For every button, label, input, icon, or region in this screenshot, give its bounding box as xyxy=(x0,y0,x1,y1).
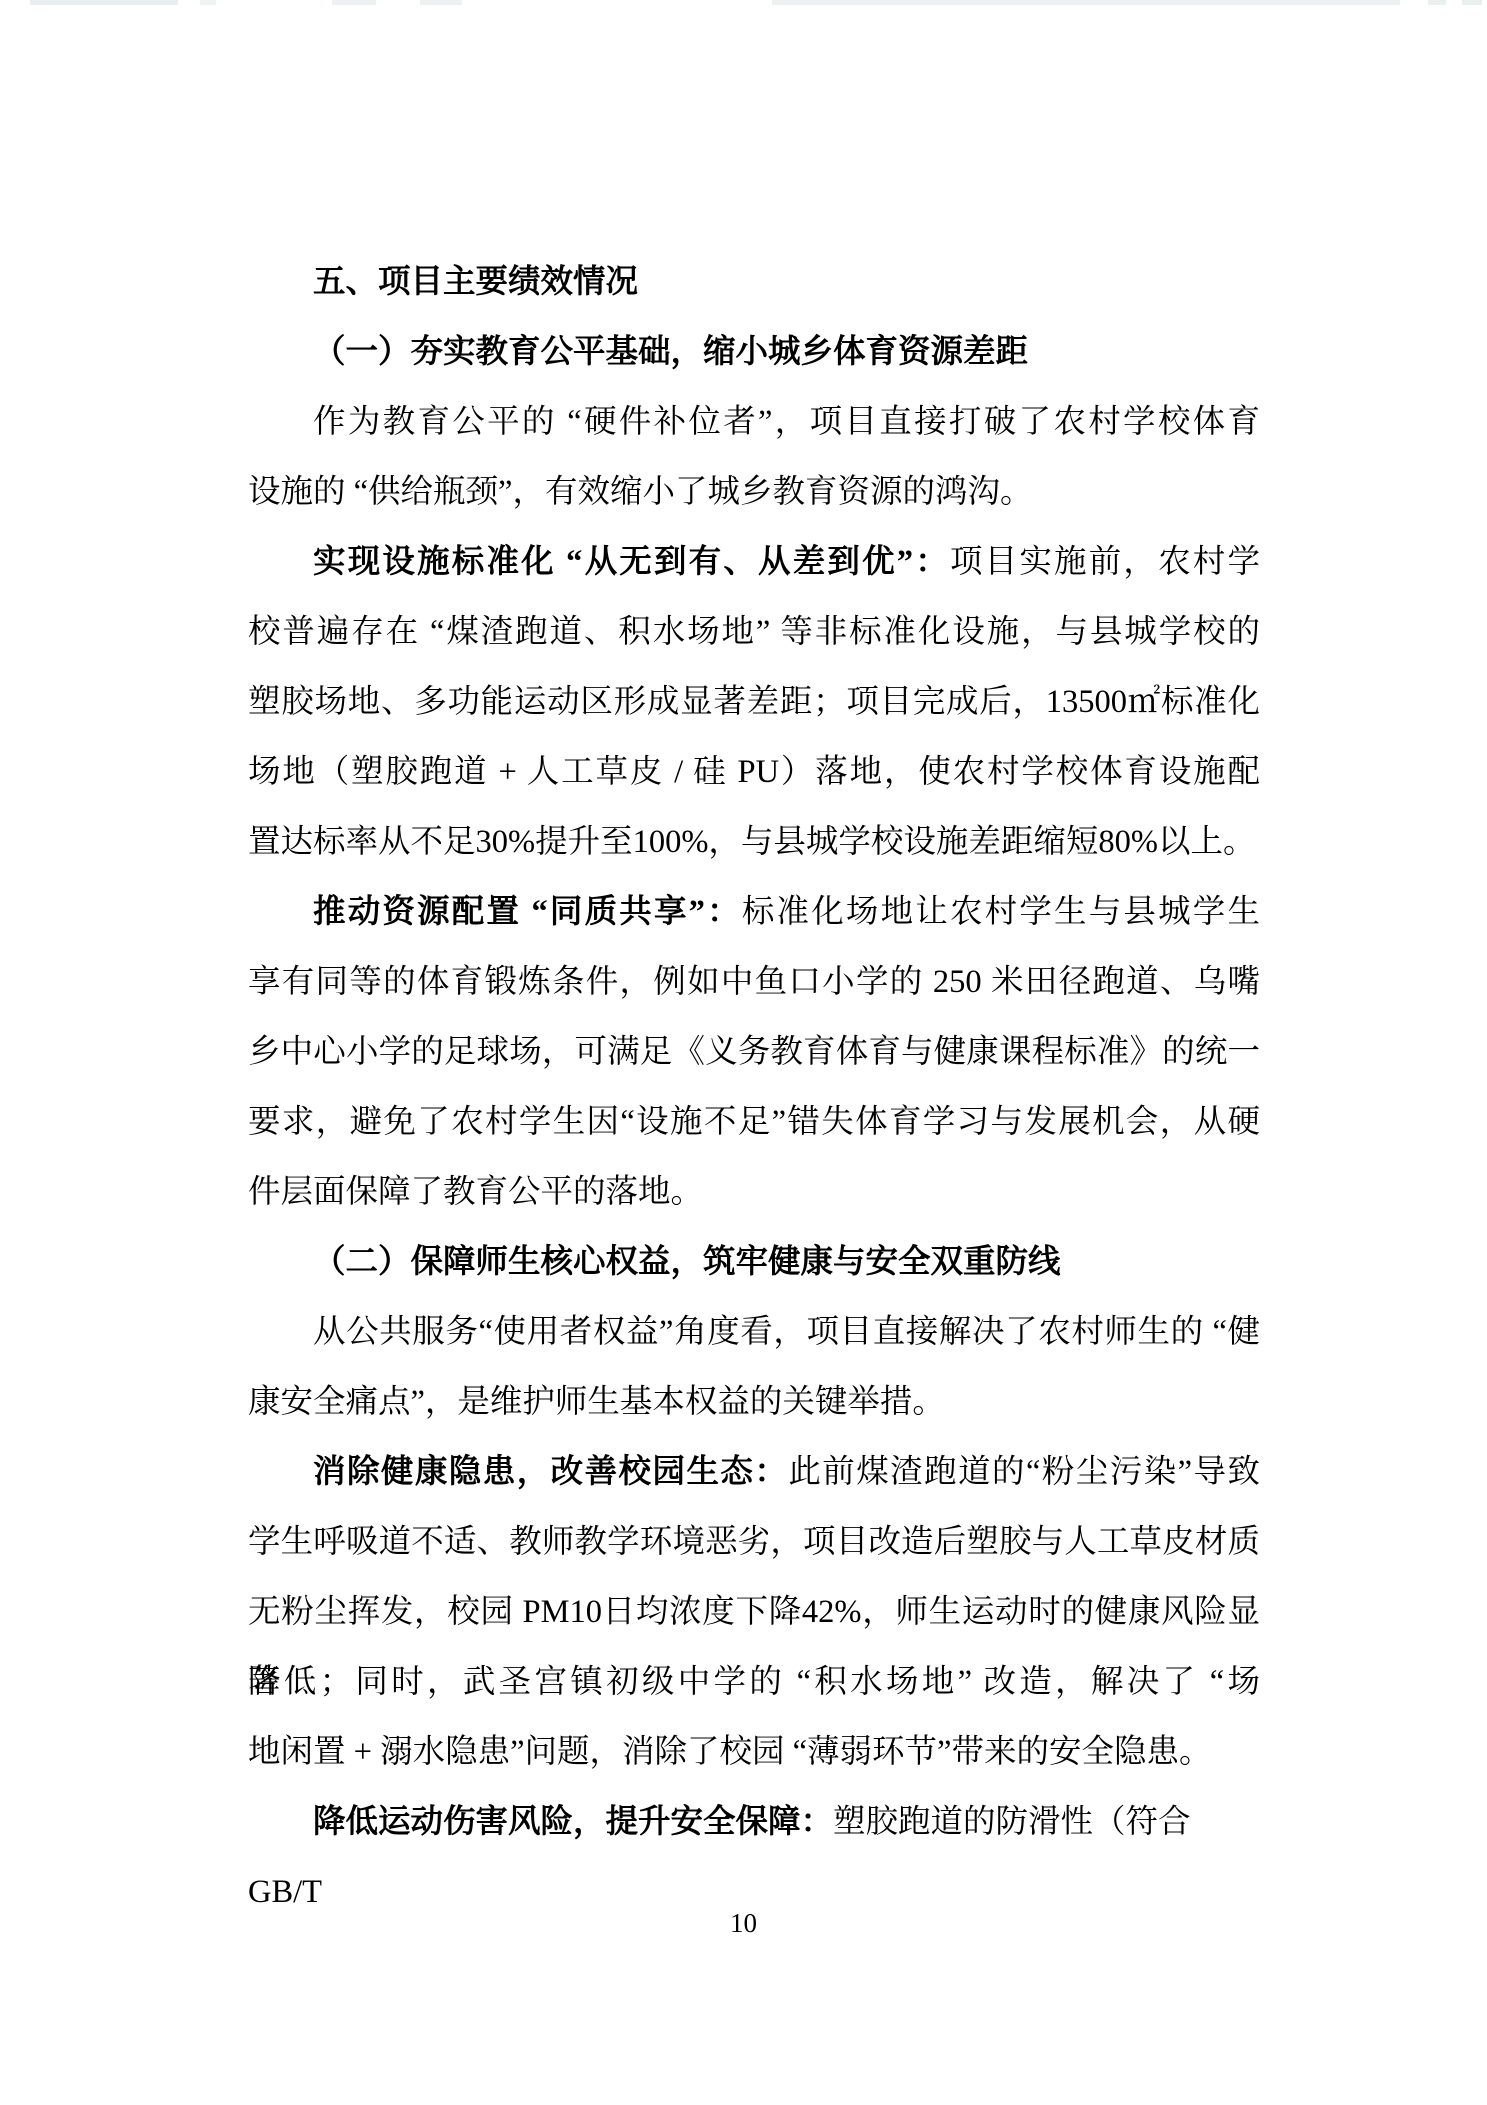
text-segment: 要求，避免了农村学生因“设施不足”错失体育学习与发展机会，从硬 xyxy=(248,1104,1260,1140)
top-edge-artifact xyxy=(0,0,1487,6)
bold-text-segment: （二）保障师生核心权益，筑牢健康与安全双重防线 xyxy=(313,1244,1061,1280)
text-segment: 康安全痛点”，是维护师生基本权益的关键举措。 xyxy=(248,1384,945,1420)
bold-text-segment: 实现设施标准化 “从无到有、从差到优”： xyxy=(313,544,950,580)
text-segment: 学生呼吸道不适、教师教学环境恶劣，项目改造后塑胶与人工草皮材质 xyxy=(248,1524,1260,1560)
text-line: 推动资源配置 “同质共享”：标准化场地让农村学生与县城学生 xyxy=(248,877,1260,947)
bold-text-segment: 降低运动伤害风险，提升安全保障： xyxy=(313,1804,833,1840)
text-segment: 置达标率从不足30%提升至100%，与县城学校设施差距缩短80%以上。 xyxy=(248,824,1255,860)
text-segment: 场地（塑胶跑道 + 人工草皮 / 硅 PU）落地，使农村学校体育设施配 xyxy=(248,754,1260,790)
text-segment: 降低；同时，武圣宫镇初级中学的 “积水场地” 改造，解决了 “场 xyxy=(248,1664,1260,1700)
text-line: 场地（塑胶跑道 + 人工草皮 / 硅 PU）落地，使农村学校体育设施配 xyxy=(248,737,1260,807)
text-line: 要求，避免了农村学生因“设施不足”错失体育学习与发展机会，从硬 xyxy=(248,1087,1260,1157)
text-line: 从公共服务“使用者权益”角度看，项目直接解决了农村师生的 “健 xyxy=(248,1297,1260,1367)
text-segment: 设施的 “供给瓶颈”，有效缩小了城乡教育资源的鸿沟。 xyxy=(248,474,1032,510)
text-line: 康安全痛点”，是维护师生基本权益的关键举措。 xyxy=(248,1367,1260,1437)
bold-text-segment: （一）夯实教育公平基础，缩小城乡体育资源差距 xyxy=(313,334,1028,370)
text-line: 地闲置 + 溺水隐患”问题，消除了校园 “薄弱环节”带来的安全隐患。 xyxy=(248,1717,1260,1787)
text-line: 校普遍存在 “煤渣跑道、积水场地” 等非标准化设施，与县城学校的 xyxy=(248,597,1260,667)
text-line: 设施的 “供给瓶颈”，有效缩小了城乡教育资源的鸿沟。 xyxy=(248,457,1260,527)
text-line: 作为教育公平的 “硬件补位者”，项目直接打破了农村学校体育 xyxy=(248,387,1260,457)
section-heading: 五、项目主要绩效情况 xyxy=(248,247,1260,317)
top-strip-segment xyxy=(420,0,462,5)
document-body: 五、项目主要绩效情况（一）夯实教育公平基础，缩小城乡体育资源差距作为教育公平的 … xyxy=(248,247,1260,1857)
text-line: 享有同等的体育锻炼条件，例如中鱼口小学的 250 米田径跑道、乌嘴 xyxy=(248,947,1260,1017)
top-strip-segment xyxy=(332,0,376,5)
text-segment: 校普遍存在 “煤渣跑道、积水场地” 等非标准化设施，与县城学校的 xyxy=(248,614,1260,650)
text-segment: 地闲置 + 溺水隐患”问题，消除了校园 “薄弱环节”带来的安全隐患。 xyxy=(248,1734,1211,1770)
bold-text-segment: 消除健康隐患，改善校园生态： xyxy=(313,1454,788,1490)
text-line: 件层面保障了教育公平的落地。 xyxy=(248,1157,1260,1227)
text-line: 无粉尘挥发，校园 PM10日均浓度下降42%，师生运动时的健康风险显著 xyxy=(248,1577,1260,1647)
text-segment: 塑胶场地、多功能运动区形成显著差距；项目完成后，13500㎡标准化 xyxy=(248,684,1260,720)
text-segment: 从公共服务“使用者权益”角度看，项目直接解决了农村师生的 “健 xyxy=(313,1314,1260,1350)
top-strip-segment xyxy=(1462,0,1482,5)
top-strip-segment xyxy=(30,0,178,5)
text-line: 置达标率从不足30%提升至100%，与县城学校设施差距缩短80%以上。 xyxy=(248,807,1260,877)
text-segment: 享有同等的体育锻炼条件，例如中鱼口小学的 250 米田径跑道、乌嘴 xyxy=(248,964,1260,1000)
text-segment: 标准化场地让农村学生与县城学生 xyxy=(742,894,1260,930)
top-strip-segment xyxy=(200,0,216,5)
text-line: 塑胶场地、多功能运动区形成显著差距；项目完成后，13500㎡标准化 xyxy=(248,667,1260,737)
section-heading: （二）保障师生核心权益，筑牢健康与安全双重防线 xyxy=(248,1227,1260,1297)
top-strip-segment xyxy=(1428,0,1446,5)
text-segment: 作为教育公平的 “硬件补位者”，项目直接打破了农村学校体育 xyxy=(313,404,1260,440)
top-strip-segment xyxy=(772,0,1400,5)
bold-text-segment: 五、项目主要绩效情况 xyxy=(313,264,638,300)
text-line: 消除健康隐患，改善校园生态：此前煤渣跑道的“粉尘污染”导致 xyxy=(248,1437,1260,1507)
page-number: 10 xyxy=(0,1903,1487,1943)
section-heading: （一）夯实教育公平基础，缩小城乡体育资源差距 xyxy=(248,317,1260,387)
text-line: 降低运动伤害风险，提升安全保障：塑胶跑道的防滑性（符合 GB/T xyxy=(248,1787,1260,1857)
text-segment: 此前煤渣跑道的“粉尘污染”导致 xyxy=(788,1454,1260,1490)
text-segment: 件层面保障了教育公平的落地。 xyxy=(248,1174,703,1210)
text-line: 降低；同时，武圣宫镇初级中学的 “积水场地” 改造，解决了 “场 xyxy=(248,1647,1260,1717)
text-segment: 项目实施前，农村学 xyxy=(950,544,1260,580)
text-segment: 乡中心小学的足球场，可满足《义务教育体育与健康课程标准》的统一 xyxy=(248,1034,1260,1070)
text-line: 乡中心小学的足球场，可满足《义务教育体育与健康课程标准》的统一 xyxy=(248,1017,1260,1087)
bold-text-segment: 推动资源配置 “同质共享”： xyxy=(313,894,742,930)
text-line: 学生呼吸道不适、教师教学环境恶劣，项目改造后塑胶与人工草皮材质 xyxy=(248,1507,1260,1577)
text-line: 实现设施标准化 “从无到有、从差到优”：项目实施前，农村学 xyxy=(248,527,1260,597)
